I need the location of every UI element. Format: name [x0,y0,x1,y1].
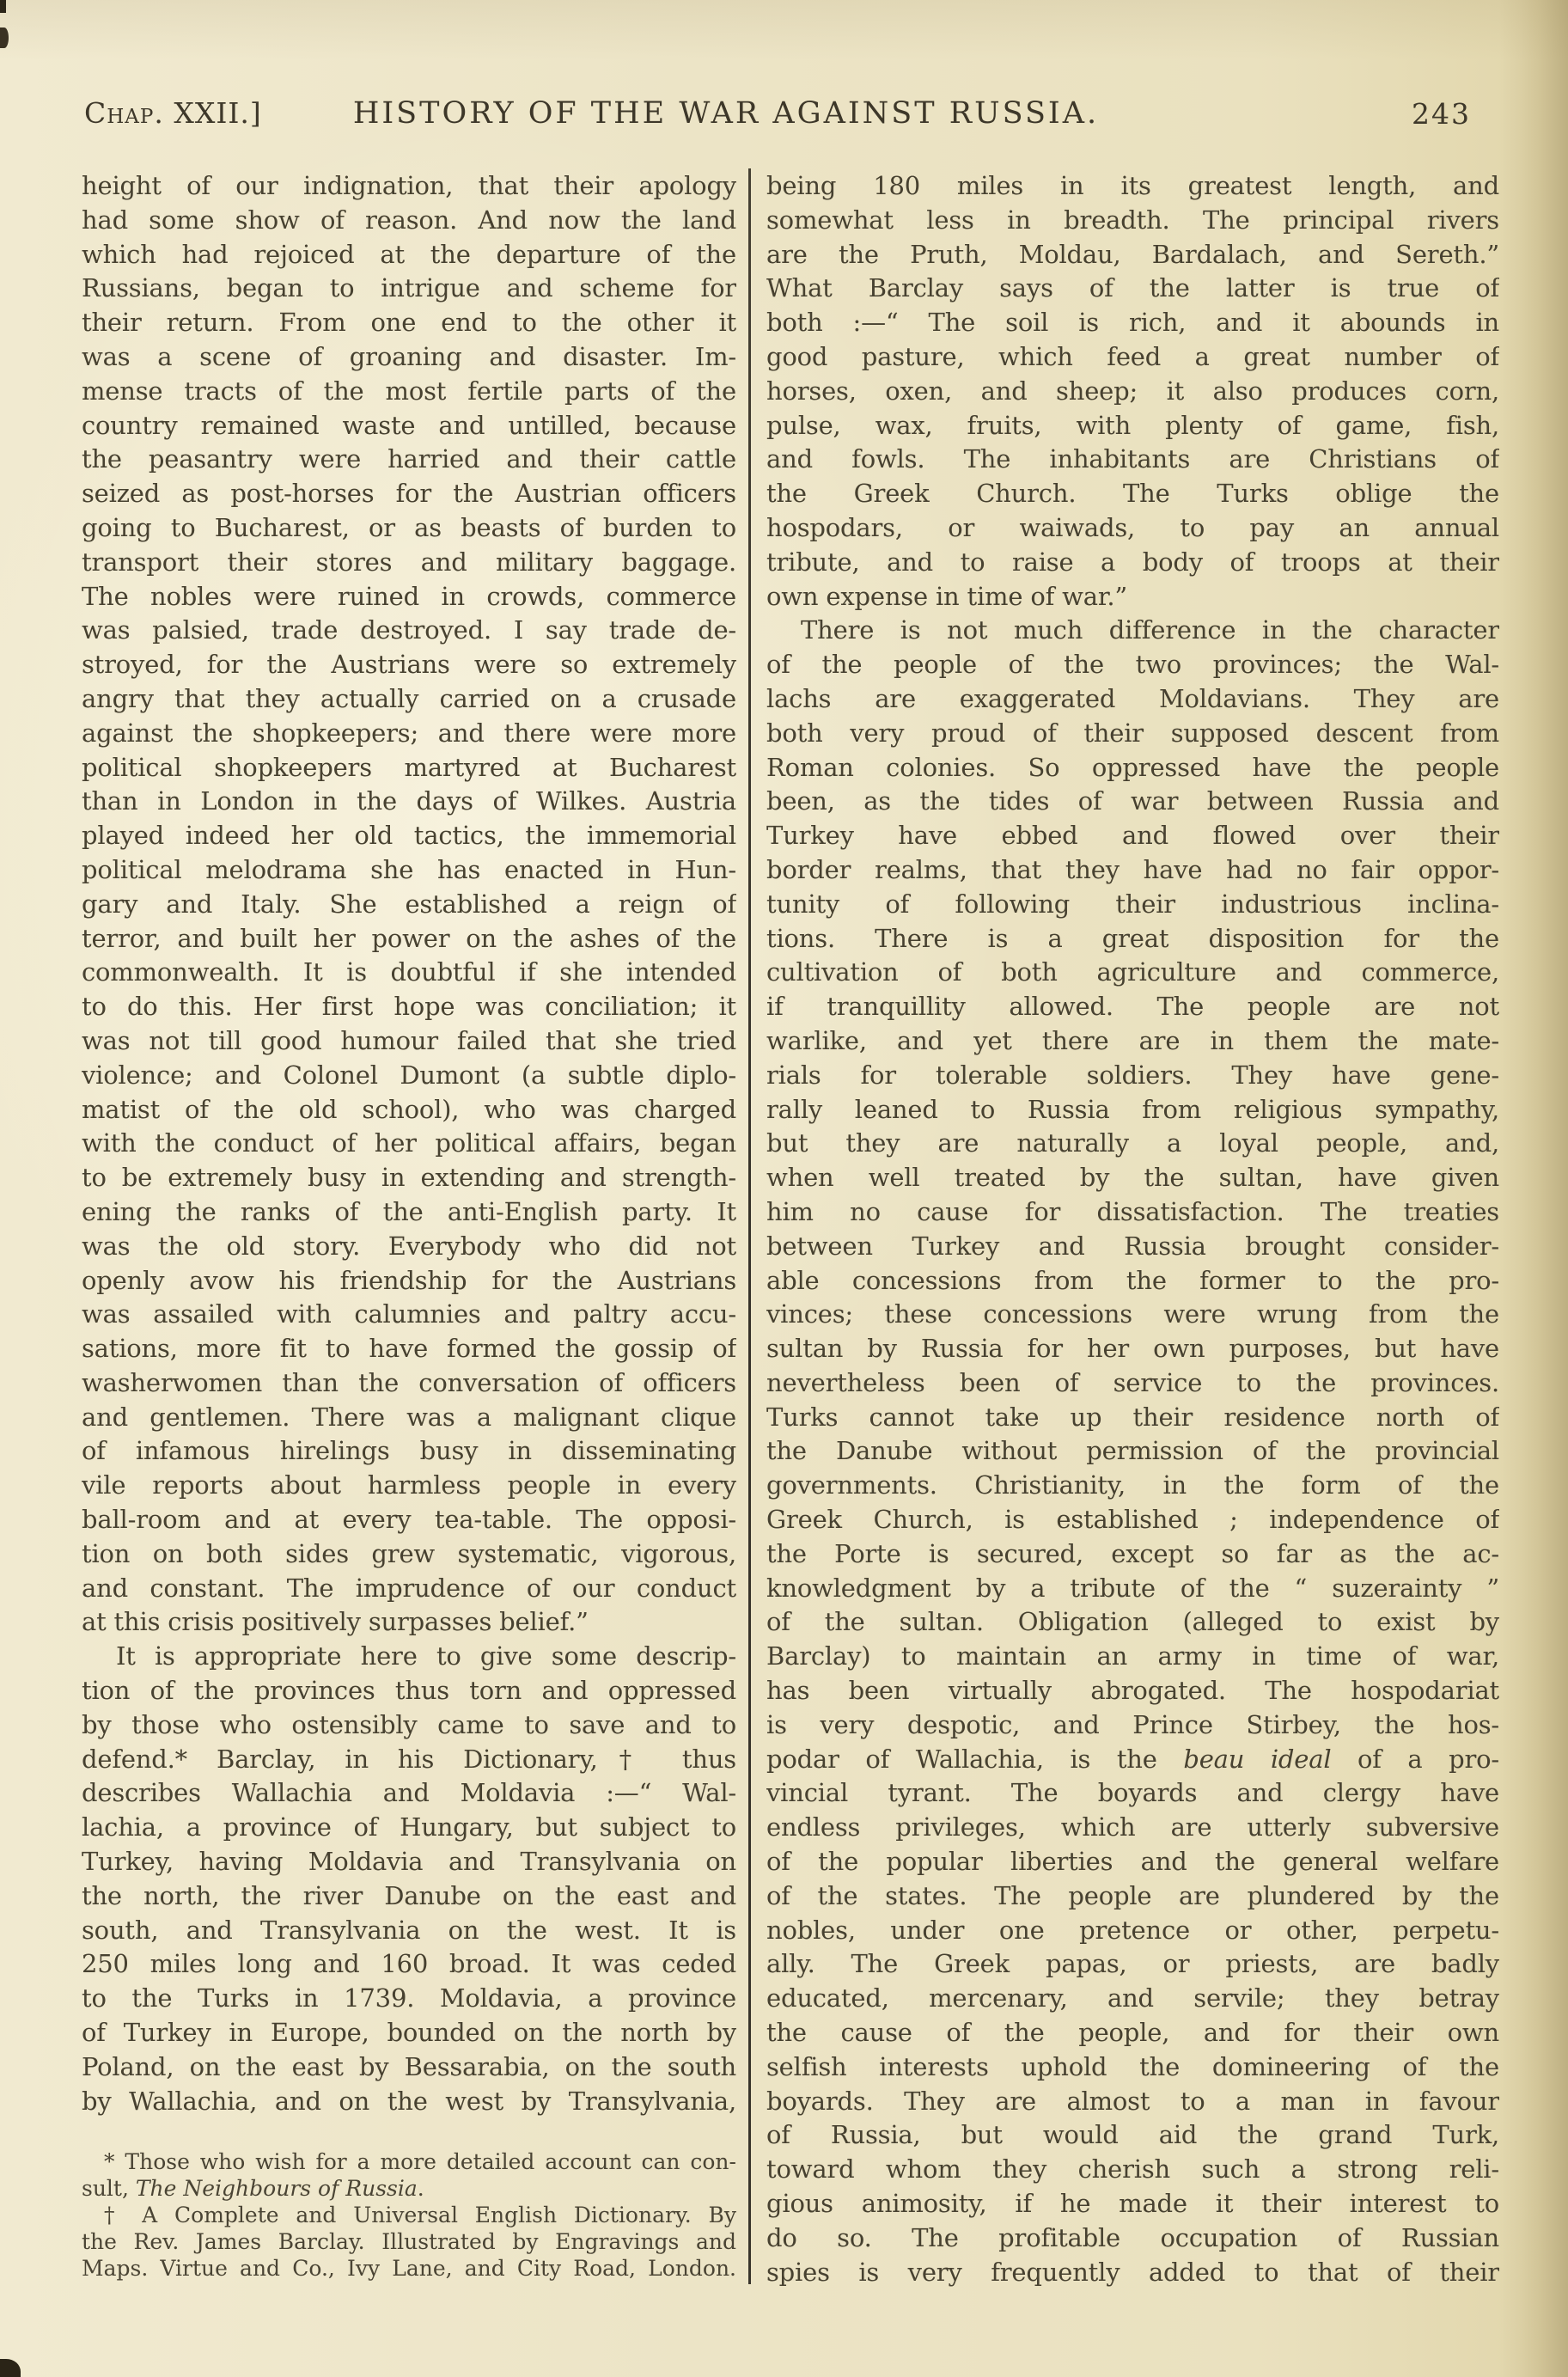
text-line: Barclay) to maintain an army in time of … [766,1640,1499,1674]
text-line: was palsied, trade destroyed. I say trad… [82,614,736,648]
text-line: ally. The Greek papas, or priests, are b… [766,1947,1499,1982]
text-line: defend.* Barclay, in his Dictionary,† th… [82,1743,736,1777]
text-line: hospodars, or waiwads, to pay an annual [766,511,1499,546]
text-line: tion of the provinces thus torn and oppr… [82,1674,736,1708]
text-line: vincial tyrant. The boyards and clergy h… [766,1776,1499,1811]
text-line: somewhat less in breadth. The principal … [766,204,1499,238]
text-line: rials for tolerable soldiers. They have … [766,1059,1499,1093]
text-line: country remained waste and untilled, bec… [82,409,736,443]
text-line: What Barclay says of the latter is true … [766,272,1499,306]
text-line: played indeed her old tactics, the immem… [82,819,736,853]
text-line: political shopkeepers martyred at Buchar… [82,751,736,785]
text-line: are the Pruth, Moldau, Bardalach, and Se… [766,238,1499,272]
text-line: tribute, and to raise a body of troops a… [766,546,1499,580]
scan-edge-mark [0,2359,21,2377]
text-line: gary and Italy. She established a reign … [82,888,736,922]
text-line: nevertheless been of service to the prov… [766,1366,1499,1401]
text-line: the Porte is secured, except so far as t… [766,1537,1499,1572]
text-line: washerwomen than the conversation of off… [82,1366,736,1401]
text-line: rally leaned to Russia from religious sy… [766,1093,1499,1127]
text-line: Russians, began to intrigue and scheme f… [82,272,736,306]
running-head-chapter: Chap. XXII.] [84,96,262,130]
text-line: ening the ranks of the anti-English part… [82,1195,736,1230]
scan-shading-top [0,0,1568,60]
text-line: of the popular liberties and the general… [766,1845,1499,1879]
text-line: of the sultan. Obligation (alleged to ex… [766,1605,1499,1640]
text-line: was assailed with calumnies and paltry a… [82,1298,736,1332]
text-line: ball-room and at every tea-table. The op… [82,1503,736,1537]
text-line: cultivation of both agriculture and comm… [766,956,1499,990]
text-line: was the old story. Everybody who did not [82,1230,736,1264]
page-number: 243 [1412,97,1471,131]
text-line: Roman colonies. So oppressed have the pe… [766,751,1499,785]
text-line: horses, oxen, and sheep; it also produce… [766,375,1499,409]
left-column: height of our indignation, that their ap… [82,169,736,2118]
text-line: terror, and built her power on the ashes… [82,922,736,956]
scan-edge-mark [0,0,6,13]
text-line: lachs are exaggerated Moldavians. They a… [766,682,1499,717]
text-line: to be extremely busy in extending and st… [82,1161,736,1195]
text-line: of Russia, but would aid the grand Turk, [766,2118,1499,2153]
text-line: the cause of the people, and for their o… [766,2016,1499,2050]
text-line: the Rev. James Barclay. Illustrated by E… [82,2228,736,2255]
text-line: good pasture, which feed a great number … [766,340,1499,375]
text-line: tions. There is a great disposition for … [766,922,1499,956]
text-line: Greek Church, is established ; independe… [766,1503,1499,1537]
text-line: † A Complete and Universal English Dicti… [82,2202,736,2228]
text-line: to do this. Her first hope was conciliat… [82,990,736,1024]
text-line: boyards. They are almost to a man in fav… [766,2085,1499,2119]
text-line: with the conduct of her political affair… [82,1127,736,1161]
scan-shading-right [1499,0,1568,2377]
text-line: Turkey have ebbed and flowed over their [766,819,1499,853]
column-divider [748,168,751,2284]
text-line: describes Wallachia and Moldavia :—“ Wal… [82,1776,736,1811]
text-line: toward whom they cherish such a strong r… [766,2153,1499,2187]
text-line: Maps. Virtue and Co., Ivy Lane, and City… [82,2255,736,2282]
text-line: tion on both sides grew systematic, vigo… [82,1537,736,1572]
text-line: do so. The profitable occupation of Russ… [766,2221,1499,2256]
text-line: commonwealth. It is doubtful if she inte… [82,956,736,990]
text-line: if tranquillity allowed. The people are … [766,990,1499,1024]
text-line: height of our indignation, that their ap… [82,169,736,204]
text-line: 250 miles long and 160 broad. It was ced… [82,1947,736,1982]
text-line: The nobles were ruined in crowds, commer… [82,580,736,614]
text-line: knowledgment by a tribute of the “ suzer… [766,1572,1499,1606]
text-line: the peasantry were harried and their cat… [82,443,736,477]
text-line: both very proud of their supposed descen… [766,717,1499,751]
book-page: Chap. XXII.] HISTORY OF THE WAR AGAINST … [0,0,1568,2377]
text-line: to the Turks in 1739. Moldavia, a provin… [82,1982,736,2016]
text-line: gious animosity, if he made it their int… [766,2187,1499,2221]
text-line: south, and Transylvania on the west. It … [82,1914,736,1948]
text-line: of the states. The people are plundered … [766,1879,1499,1914]
text-line: and constant. The imprudence of our cond… [82,1572,736,1606]
text-line: lachia, a province of Hungary, but subje… [82,1811,736,1845]
text-line: border realms, that they have had no fai… [766,853,1499,888]
text-line: vile reports about harmless people in ev… [82,1469,736,1503]
scan-edge-mark [0,27,9,48]
text-line: nobles, under one pretence or other, per… [766,1914,1499,1948]
text-line: transport their stores and military bagg… [82,546,736,580]
text-line: against the shopkeepers; and there were … [82,717,736,751]
text-line: There is not much difference in the char… [766,614,1499,648]
text-line: the Greek Church. The Turks oblige the [766,477,1499,511]
text-line: matist of the old school), who was charg… [82,1093,736,1127]
text-line: their return. From one end to the other … [82,306,736,340]
text-line: stroyed, for the Austrians were so extre… [82,648,736,682]
text-line: when well treated by the sultan, have gi… [766,1161,1499,1195]
text-line: mense tracts of the most fertile parts o… [82,375,736,409]
text-line: governments. Christianity, in the form o… [766,1469,1499,1503]
text-line: of Turkey in Europe, bounded on the nort… [82,2016,736,2050]
text-line: being 180 miles in its greatest length, … [766,169,1499,204]
text-line: podar of Wallachia, is the beau ideal of… [766,1743,1499,1777]
text-line: violence; and Colonel Dumont (a subtle d… [82,1059,736,1093]
text-line: sations, more fit to have formed the gos… [82,1332,736,1366]
text-line: by Wallachia, and on the west by Transyl… [82,2085,736,2119]
text-line: selfish interests uphold the domineering… [766,2050,1499,2085]
text-line: openly avow his friendship for the Austr… [82,1264,736,1298]
text-line: Turkey, having Moldavia and Transylvania… [82,1845,736,1879]
right-column: being 180 miles in its greatest length, … [766,169,1499,2289]
text-line: and gentlemen. There was a malignant cli… [82,1401,736,1435]
footnotes: * Those who wish for a more detailed acc… [82,2148,736,2282]
text-line: and fowls. The inhabitants are Christian… [766,443,1499,477]
text-line: It is appropriate here to give some desc… [82,1640,736,1674]
text-line: endless privileges, which are utterly su… [766,1811,1499,1845]
text-line: both :—“ The soil is rich, and it abound… [766,306,1499,340]
text-line: the north, the river Danube on the east … [82,1879,736,1914]
text-line: warlike, and yet there are in them the m… [766,1024,1499,1059]
text-line: the Danube without permission of the pro… [766,1434,1499,1469]
text-line: than in London in the days of Wilkes. Au… [82,785,736,819]
text-line: sult, The Neighbours of Russia. [82,2175,736,2202]
text-line: spies is very frequently added to that o… [766,2256,1499,2290]
text-line: vinces; these concessions were wrung fro… [766,1298,1499,1332]
text-line: is very despotic, and Prince Stirbey, th… [766,1708,1499,1743]
text-line: * Those who wish for a more detailed acc… [82,2148,736,2175]
text-line: which had rejoiced at the departure of t… [82,238,736,272]
text-line: educated, mercenary, and servile; they b… [766,1982,1499,2016]
text-line: at this crisis positively surpasses beli… [82,1605,736,1640]
text-line: seized as post-horses for the Austrian o… [82,477,736,511]
text-line: was not till good humour failed that she… [82,1024,736,1059]
text-line: pulse, wax, fruits, with plenty of game,… [766,409,1499,443]
text-line: angry that they actually carried on a cr… [82,682,736,717]
text-line: of the people of the two provinces; the … [766,648,1499,682]
text-line: has been virtually abrogated. The hospod… [766,1674,1499,1708]
text-line: by those who ostensibly came to save and… [82,1708,736,1743]
text-line: between Turkey and Russia brought consid… [766,1230,1499,1264]
text-line: able concessions from the former to the … [766,1264,1499,1298]
text-line: Poland, on the east by Bessarabia, on th… [82,2050,736,2085]
text-line: Turks cannot take up their residence nor… [766,1401,1499,1435]
text-line: tunity of following their industrious in… [766,888,1499,922]
running-head-title: HISTORY OF THE WAR AGAINST RUSSIA. [292,96,1160,131]
text-line: had some show of reason. And now the lan… [82,204,736,238]
text-line: but they are naturally a loyal people, a… [766,1127,1499,1161]
text-line: him no cause for dissatisfaction. The tr… [766,1195,1499,1230]
text-line: of infamous hirelings busy in disseminat… [82,1434,736,1469]
text-line: political melodrama she has enacted in H… [82,853,736,888]
text-line: been, as the tides of war between Russia… [766,785,1499,819]
text-line: was a scene of groaning and disaster. Im… [82,340,736,375]
text-line: own expense in time of war.” [766,580,1499,614]
text-line: going to Bucharest, or as beasts of burd… [82,511,736,546]
text-line: sultan by Russia for her own purposes, b… [766,1332,1499,1366]
